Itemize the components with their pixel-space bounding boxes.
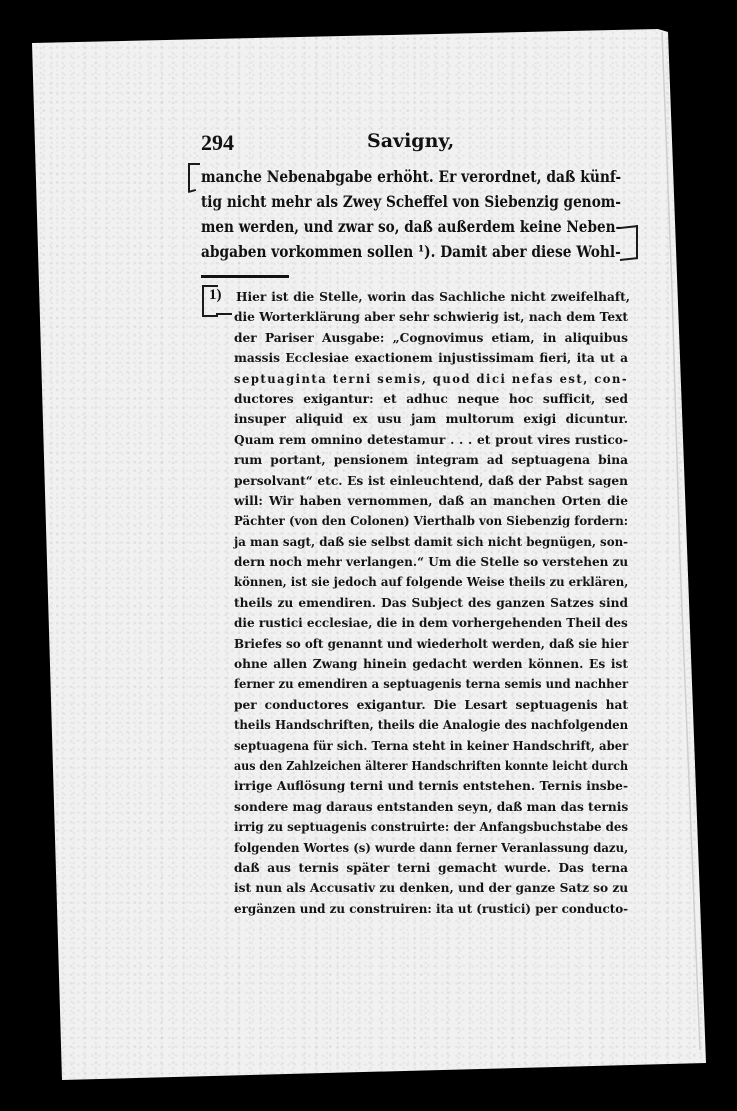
footnote-line: irrige Auflösung terni und ternis entste… (234, 776, 628, 796)
footnote-line: der Pariser Ausgabe: „Cognovimus etiam, … (234, 328, 628, 348)
footnote-line: Quam rem omnino detestamur . . . et prou… (234, 430, 628, 450)
footnote-line: insuper aliquid ex usu jam multorum exig… (234, 409, 628, 429)
running-head: Savigny, (367, 130, 454, 152)
footnote-line: dern noch mehr verlangen.“ Um die Stelle… (234, 552, 628, 572)
footnote-line: daß aus ternis später terni gemacht wurd… (234, 858, 628, 878)
footnote-text: Hier ist die Stelle, worin das Sachliche… (234, 287, 634, 919)
scanned-page: 294 Savigny, manche Nebenabgabe erhöht. … (0, 0, 737, 1111)
footnote-line: septuagena für sich. Terna steht in kein… (234, 736, 628, 756)
footnote-line: persolvant“ etc. Es ist einleuchtend, da… (234, 471, 628, 491)
footnote-line: Hier ist die Stelle, worin das Sachliche… (234, 287, 630, 307)
footnote-line: die Worterklärung aber sehr schwierig is… (234, 307, 628, 327)
main-text: manche Nebenabgabe erhöht. Er verordnet,… (201, 164, 621, 264)
pencil-bracket-footnote-tail (216, 313, 232, 315)
footnote-line: ist nun als Accusativ zu denken, und der… (234, 878, 628, 898)
footnote-line: ohne allen Zwang hinein gedacht werden k… (234, 654, 628, 674)
footnote-line: folgenden Wortes (s) wurde dann ferner V… (234, 838, 628, 858)
footnote-marker: 1) (209, 287, 222, 304)
footnote-line: Briefes so oft genannt und wiederholt we… (234, 634, 628, 654)
footnote-line: ergänzen und zu construiren: ita ut (rus… (234, 899, 628, 919)
footnote-line: ferner zu emendiren a septuagenis terna … (234, 674, 628, 694)
pencil-bracket-close (620, 225, 638, 261)
main-text-line: abgaben vorkommen sollen ¹). Damit aber … (201, 239, 621, 264)
footnote-line: aus den Zahlzeichen älterer Handschrifte… (234, 756, 628, 776)
footnote-line: massis Ecclesiae exactionem injustissima… (234, 348, 628, 368)
footnote-line: die rustici ecclesiae, die in dem vorher… (234, 613, 628, 633)
footnote-line: können, ist sie jedoch auf folgende Weis… (234, 572, 628, 592)
footnote-separator-rule (201, 275, 289, 278)
footnote-line: theils Handschriften, theils die Analogi… (234, 715, 628, 735)
page-header: 294 Savigny, (201, 130, 631, 158)
main-text-line: manche Nebenabgabe erhöht. Er verordnet,… (201, 164, 621, 189)
page-number: 294 (201, 130, 234, 156)
footnote-line: rum portant, pensionem integram ad septu… (234, 450, 628, 470)
footnote-line: will: Wir haben vernommen, daß an manche… (234, 491, 628, 511)
footnote-line: theils zu emendiren. Das Subject des gan… (234, 593, 628, 613)
footnote-line: Pächter (von den Colonen) Vierthalb von … (234, 511, 628, 531)
main-text-line: tig nicht mehr als Zwey Scheffel von Sie… (201, 189, 621, 214)
footnote-line: ja man sagt, daß sie selbst damit sich n… (234, 532, 628, 552)
footnote-line: irrig zu septuagenis construirte: der An… (234, 817, 628, 837)
footnote-line: septuaginta terni semis, quod dici nefas… (234, 369, 628, 389)
pencil-bracket-open (188, 163, 200, 185)
footnote-line: per conductores exigantur. Die Lesart se… (234, 695, 628, 715)
main-text-line: men werden, und zwar so, daß außerdem ke… (201, 214, 621, 239)
footnote-line: ductores exigantur: et adhuc neque hoc s… (234, 389, 628, 409)
footnote-line: sondere mag daraus entstanden seyn, daß … (234, 797, 628, 817)
